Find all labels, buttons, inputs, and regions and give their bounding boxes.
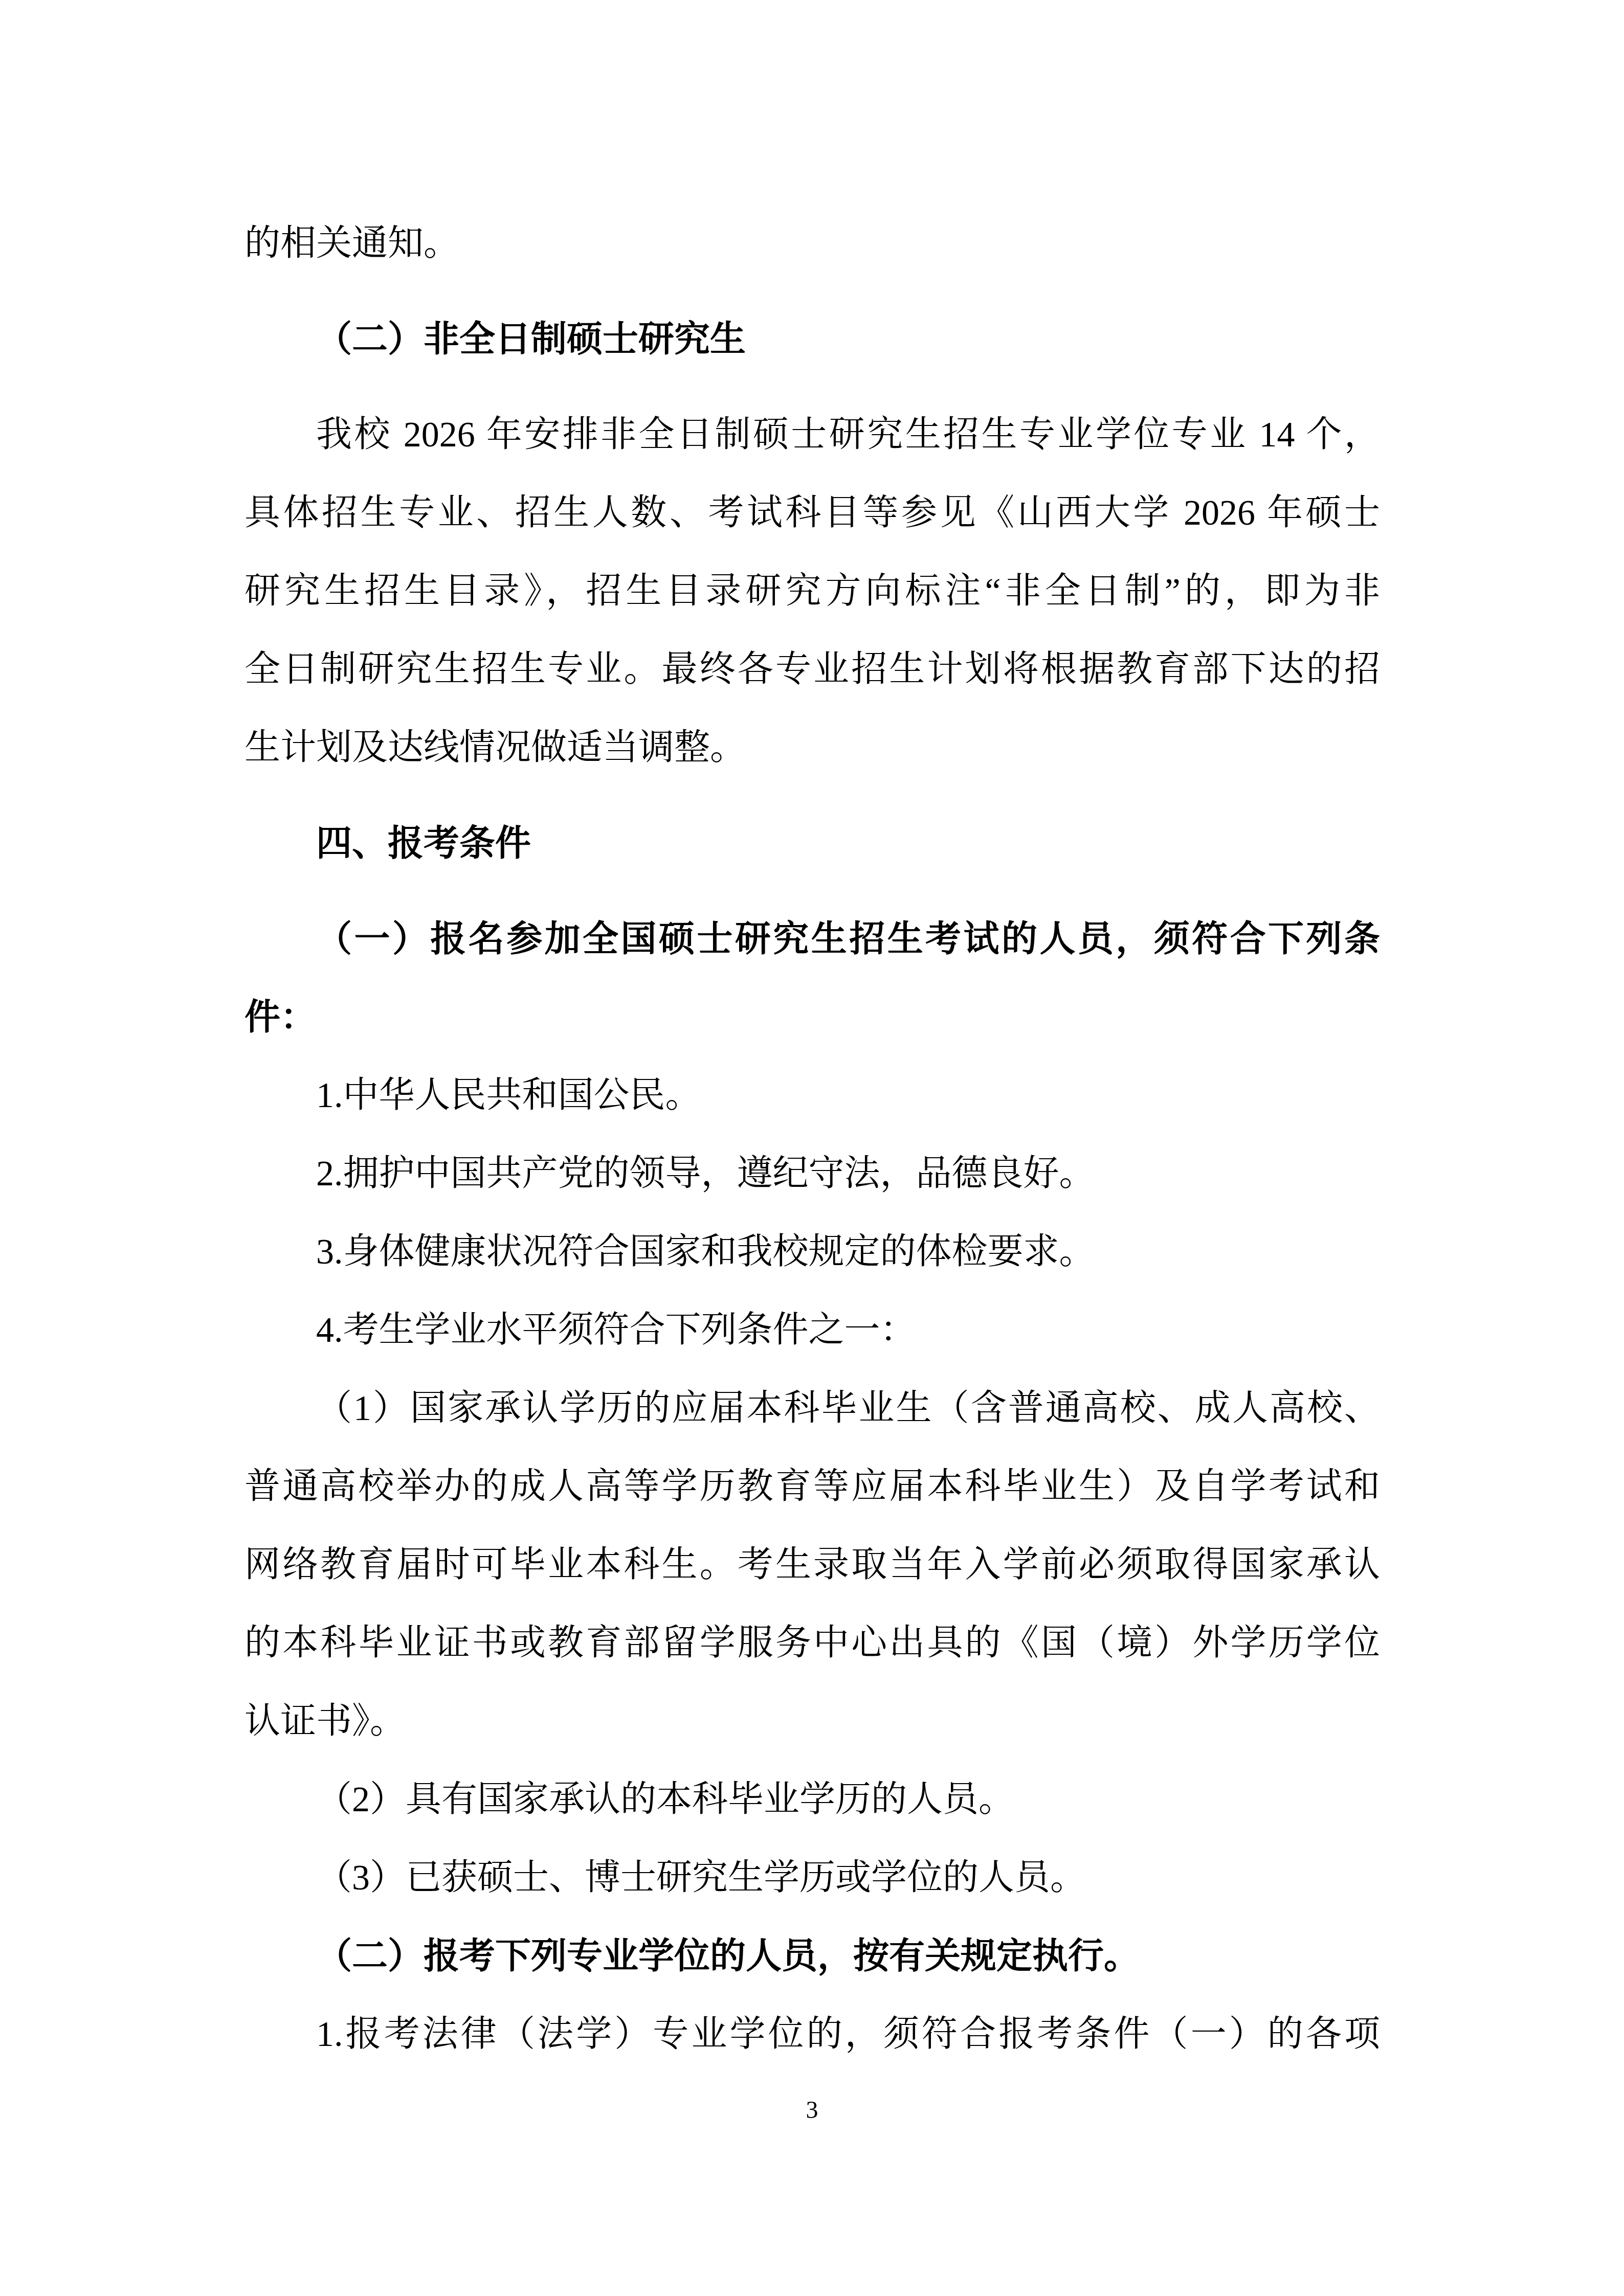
para-nonfulltime-line-5: 生计划及达线情况做适当调整。	[244, 709, 1380, 787]
item-academic-option1-line-1: （1）国家承认学历的应届本科毕业生（含普通高校、成人高校、	[244, 1369, 1380, 1448]
item-academic-option1-line-2: 普通高校举办的成人高等学历教育等应届本科毕业生）及自学考试和	[244, 1448, 1380, 1526]
document-page: 的相关通知。 （二）非全日制硕士研究生 我校 2026 年安排非全日制硕士研究生…	[0, 0, 1624, 2296]
item-academic-option3: （3）已获硕士、博士研究生学历或学位的人员。	[244, 1839, 1380, 1917]
page-number: 3	[0, 2094, 1624, 2127]
para-nonfulltime-line-4: 全日制研究生招生专业。最终各专业招生计划将根据教育部下达的招	[244, 631, 1380, 709]
item-academic-option2: （2）具有国家承认的本科毕业学历的人员。	[244, 1761, 1380, 1839]
para-nonfulltime-line-2: 具体招生专业、招生人数、考试科目等参见《山西大学 2026 年硕士	[244, 474, 1380, 552]
para-nonfulltime-line-3: 研究生招生目录》，招生目录研究方向标注“非全日制”的，即为非	[244, 552, 1380, 631]
text-line-notice-tail: 的相关通知。	[244, 205, 1380, 283]
item-health: 3.身体健康状况符合国家和我校规定的体检要求。	[244, 1213, 1380, 1291]
heading-application-requirements: 四、报考条件	[244, 804, 1380, 883]
item-citizenship: 1.中华人民共和国公民。	[244, 1056, 1380, 1135]
item-academic-option1-line-4: 的本科毕业证书或教育部留学服务中心出具的《国（境）外学历学位	[244, 1604, 1380, 1682]
heading-nonfulltime-masters: （二）非全日制硕士研究生	[244, 300, 1380, 378]
para-exam-requirements-line-2: 件：	[244, 978, 1380, 1056]
heading-professional-degrees: （二）报考下列专业学位的人员，按有关规定执行。	[244, 1917, 1380, 1995]
document-text-block: 的相关通知。 （二）非全日制硕士研究生 我校 2026 年安排非全日制硕士研究生…	[244, 205, 1380, 2074]
para-exam-requirements-line-1: （一）报名参加全国硕士研究生招生考试的人员，须符合下列条	[244, 900, 1380, 978]
item-academic-level: 4.考生学业水平须符合下列条件之一：	[244, 1291, 1380, 1369]
item-party-support: 2.拥护中国共产党的领导，遵纪守法，品德良好。	[244, 1135, 1380, 1213]
para-law-degree: 1.报考法律（法学）专业学位的，须符合报考条件（一）的各项	[244, 1995, 1380, 2074]
para-nonfulltime-line-1: 我校 2026 年安排非全日制硕士研究生招生专业学位专业 14 个，	[244, 396, 1380, 474]
item-academic-option1-line-3: 网络教育届时可毕业本科生。考生录取当年入学前必须取得国家承认	[244, 1526, 1380, 1604]
item-academic-option1-line-5: 认证书》。	[244, 1682, 1380, 1761]
